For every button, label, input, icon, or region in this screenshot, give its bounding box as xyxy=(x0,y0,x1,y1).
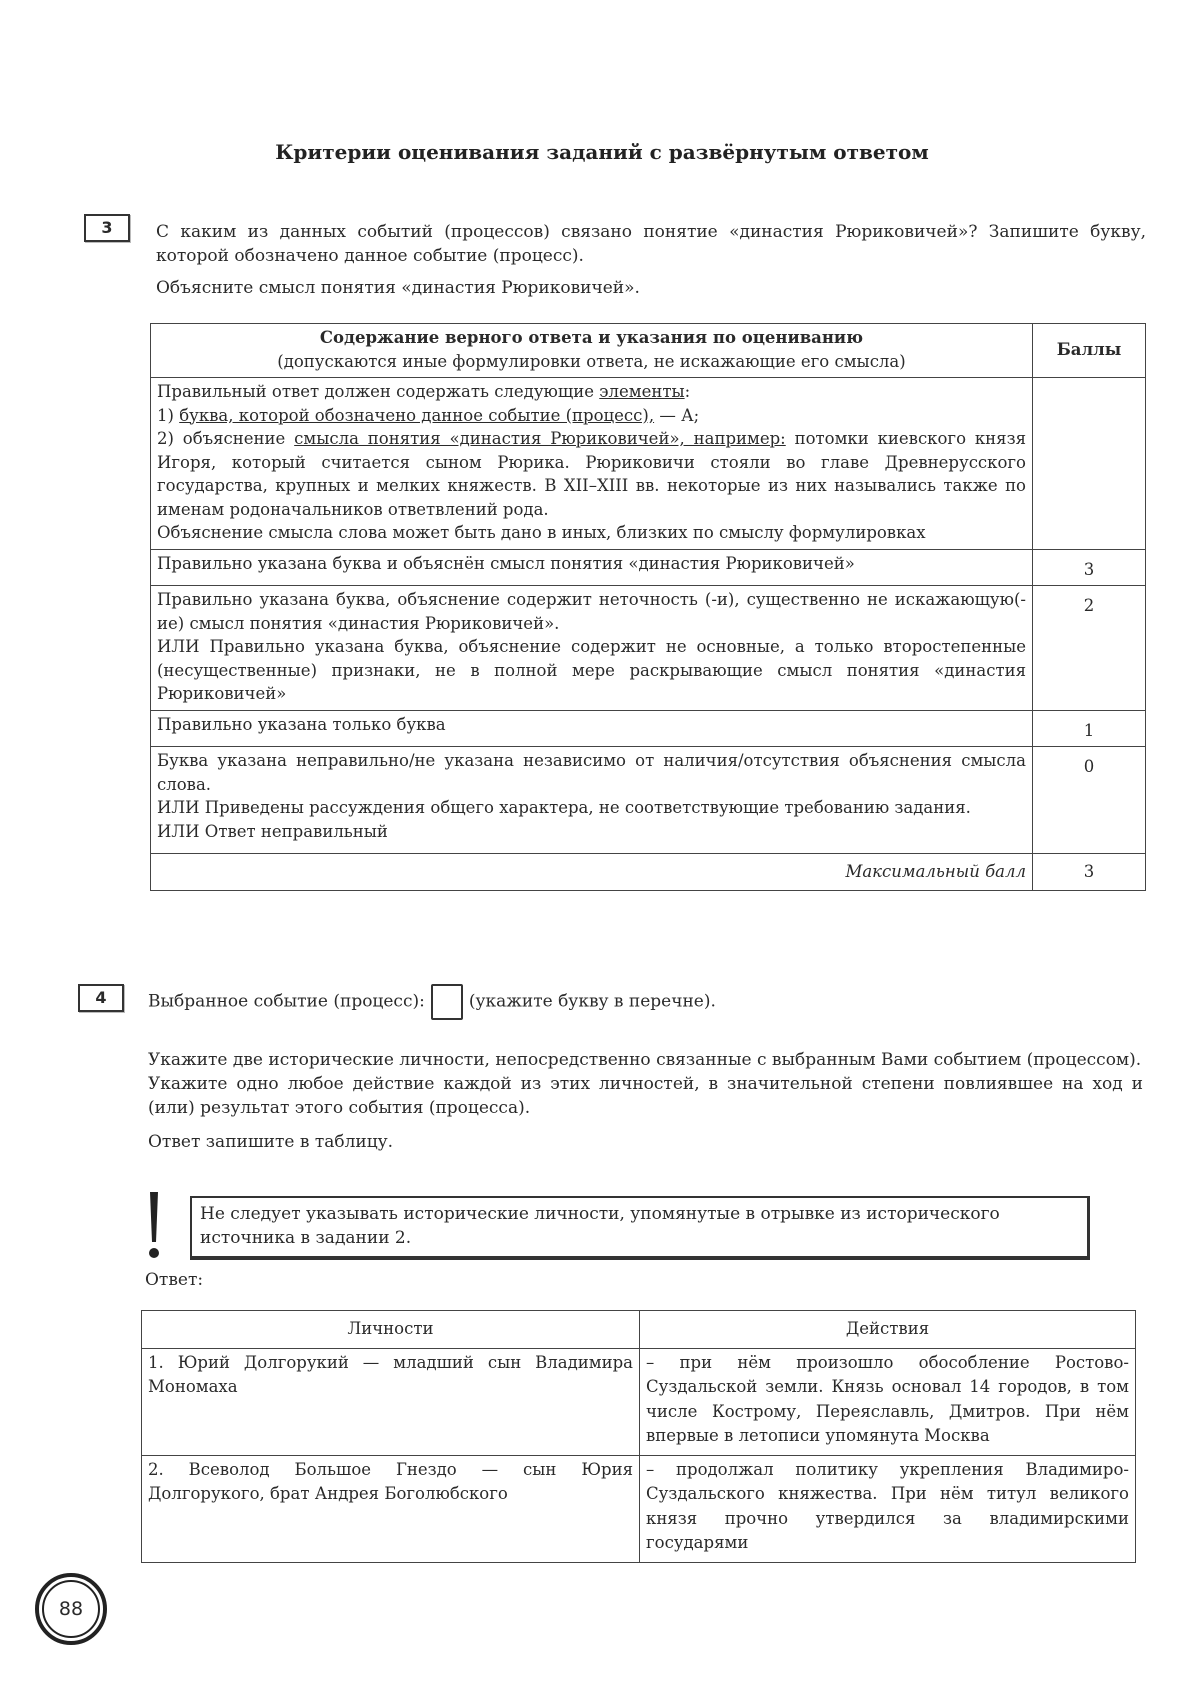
answer-header-actions: Действия xyxy=(640,1311,1136,1349)
criteria-answer-row: Правильный ответ должен содержать следую… xyxy=(151,378,1146,550)
page-title: Критерии оценивания заданий с развёрнуты… xyxy=(0,140,1204,164)
criteria-row: Правильно указана буква и объяснён смысл… xyxy=(151,549,1146,586)
criteria-header-sub: (допускаются иные формулировки ответа, н… xyxy=(157,350,1026,374)
criteria-header-content: Содержание верного ответа и указания по … xyxy=(151,324,1033,378)
task3-question-text: С каким из данных событий (процессов) св… xyxy=(156,220,1146,268)
chosen-event-box[interactable] xyxy=(431,984,463,1020)
criteria-line: Буква указана неправильно/не указана нез… xyxy=(157,749,1026,796)
page-number: 88 xyxy=(42,1580,100,1638)
answer-action: – продолжал политику укрепления Владимир… xyxy=(640,1455,1136,1562)
criteria-row-score: 0 xyxy=(1033,747,1146,854)
answer-item-2-underlined: смысла понятия «династия Рюриковичей», н… xyxy=(294,429,786,448)
max-score-label: Максимальный балл xyxy=(151,854,1033,891)
answer-person: 1. Юрий Долгорукий — младший сын Владими… xyxy=(142,1348,640,1455)
criteria-row: Буква указана неправильно/не указана нез… xyxy=(151,747,1146,854)
answer-item-1-suffix: — А; xyxy=(654,406,699,425)
answer-intro-prefix: Правильный ответ должен содержать следую… xyxy=(157,382,599,401)
task4-instruction-3: Ответ запишите в таблицу. xyxy=(148,1130,1143,1154)
task3-question: С каким из данных событий (процессов) св… xyxy=(156,220,1146,300)
answer-row: 1. Юрий Долгорукий — младший сын Владими… xyxy=(142,1348,1136,1455)
page-number-badge: 88 xyxy=(35,1573,107,1645)
criteria-table: Содержание верного ответа и указания по … xyxy=(150,323,1146,891)
answer-label: Ответ: xyxy=(145,1268,203,1292)
chosen-event-hint: (укажите букву в перечне). xyxy=(469,992,716,1012)
criteria-max-row: Максимальный балл 3 xyxy=(151,854,1146,891)
criteria-row: Правильно указана только буква 1 xyxy=(151,710,1146,747)
answer-action: – при нём произошло обособление Ростово-… xyxy=(640,1348,1136,1455)
answer-item-2-prefix: 2) объяснение xyxy=(157,429,294,448)
criteria-line: ИЛИ Правильно указана буква, объяснение … xyxy=(157,635,1026,706)
answer-intro-suffix: : xyxy=(685,382,691,401)
task4-instructions: Укажите две исторические личности, непос… xyxy=(148,1048,1143,1154)
criteria-line: ИЛИ Приведены рассуждения общего характе… xyxy=(157,796,1026,820)
task-number-3: 3 xyxy=(84,214,130,242)
answer-note: Объяснение смысла слова может быть дано … xyxy=(157,521,1026,545)
answer-item-1: 1) буква, которой обозначено данное собы… xyxy=(157,404,1026,428)
task4-instruction-1: Укажите две исторические личности, непос… xyxy=(148,1048,1143,1072)
task4-chosen-line: Выбранное событие (процесс):(укажите бук… xyxy=(148,984,1148,1020)
exclamation-icon xyxy=(146,1190,162,1260)
criteria-header-score: Баллы xyxy=(1033,324,1146,378)
answer-row: 2. Всеволод Большое Гнездо — сын Юрия До… xyxy=(142,1455,1136,1562)
criteria-header-main: Содержание верного ответа и указания по … xyxy=(320,328,863,347)
answer-intro-elements: элементы xyxy=(599,382,684,401)
warning-box: Не следует указывать исторические личнос… xyxy=(190,1196,1090,1260)
criteria-line: Правильно указана буква и объяснён смысл… xyxy=(157,552,1026,576)
criteria-row-score: 2 xyxy=(1033,586,1146,711)
criteria-line: Правильно указана буква, объяснение соде… xyxy=(157,588,1026,635)
criteria-row-text: Правильно указана буква и объяснён смысл… xyxy=(151,549,1033,586)
answer-person: 2. Всеволод Большое Гнездо — сын Юрия До… xyxy=(142,1455,640,1562)
answer-header-row: Личности Действия xyxy=(142,1311,1136,1349)
criteria-line: Правильно указана только буква xyxy=(157,713,1026,737)
criteria-row-text: Правильно указана буква, объяснение соде… xyxy=(151,586,1033,711)
criteria-header-row: Содержание верного ответа и указания по … xyxy=(151,324,1146,378)
answer-item-2: 2) объяснение смысла понятия «династия Р… xyxy=(157,427,1026,521)
criteria-row-text: Правильно указана только буква xyxy=(151,710,1033,747)
chosen-event-label: Выбранное событие (процесс): xyxy=(148,992,425,1012)
max-score-value: 3 xyxy=(1033,854,1146,891)
answer-table: Личности Действия 1. Юрий Долгорукий — м… xyxy=(141,1310,1136,1563)
criteria-line: ИЛИ Ответ неправильный xyxy=(157,820,1026,844)
task-number-4: 4 xyxy=(78,984,124,1012)
criteria-answer-content: Правильный ответ должен содержать следую… xyxy=(151,378,1033,550)
task3-explain-text: Объясните смысл понятия «династия Рюрико… xyxy=(156,276,1146,300)
answer-item-1-prefix: 1) xyxy=(157,406,179,425)
answer-intro: Правильный ответ должен содержать следую… xyxy=(157,380,1026,404)
criteria-row: Правильно указана буква, объяснение соде… xyxy=(151,586,1146,711)
criteria-row-text: Буква указана неправильно/не указана нез… xyxy=(151,747,1033,854)
criteria-answer-score xyxy=(1033,378,1146,550)
answer-header-persons: Личности xyxy=(142,1311,640,1349)
answer-item-1-underlined: буква, которой обозначено данное событие… xyxy=(179,406,654,425)
criteria-row-score: 1 xyxy=(1033,710,1146,747)
task4-instruction-2: Укажите одно любое действие каждой из эт… xyxy=(148,1072,1143,1120)
criteria-row-score: 3 xyxy=(1033,549,1146,586)
